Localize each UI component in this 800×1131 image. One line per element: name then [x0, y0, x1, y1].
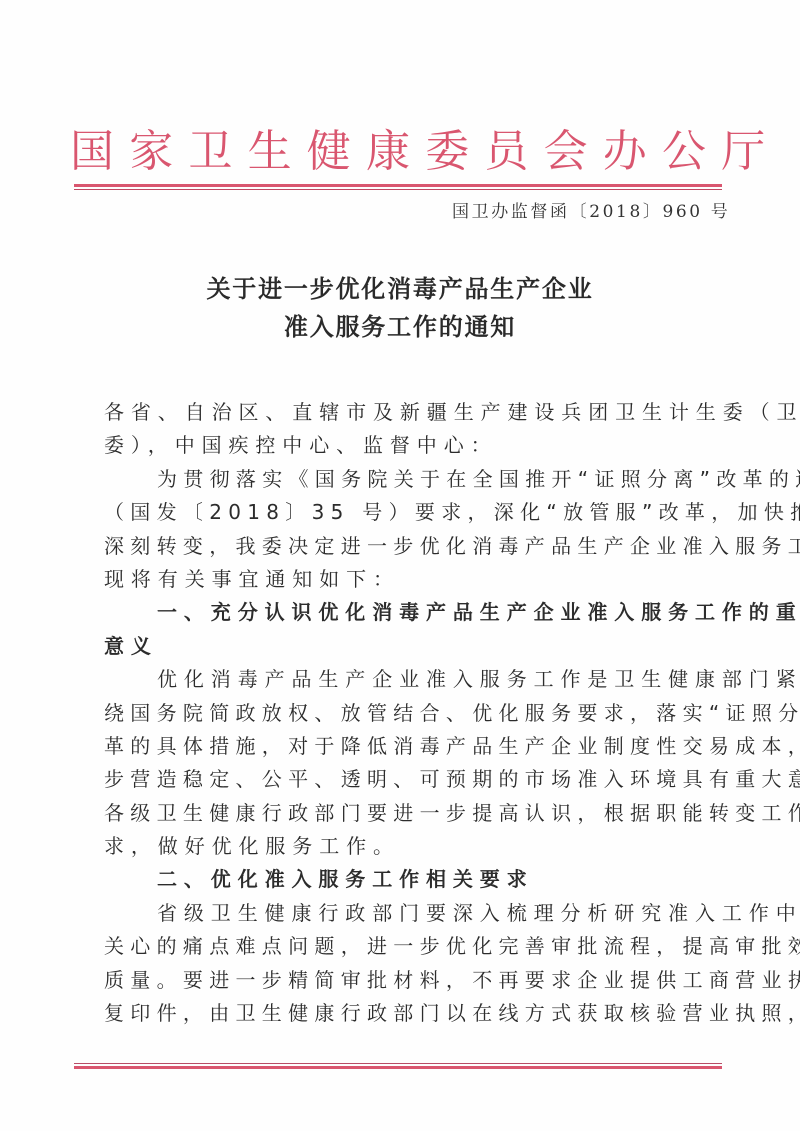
body-line: 求，做好优化服务工作。	[104, 830, 696, 863]
document-title-line-2: 准入服务工作的通知	[0, 312, 800, 342]
masthead-divider-thin	[74, 189, 722, 190]
body-line: 现将有关事宜通知如下：	[104, 563, 696, 596]
body-line: 各省、自治区、直辖市及新疆生产建设兵团卫生计生委（卫生健康	[104, 396, 696, 429]
body-line: 步营造稳定、公平、透明、可预期的市场准入环境具有重大意义。	[104, 763, 696, 796]
masthead-title: 国家卫生健康委员会办公厅	[70, 126, 730, 178]
body-line: 复印件，由卫生健康行政部门以在线方式获取核验营业执照，有条	[104, 997, 696, 1030]
body-line: 绕国务院简政放权、放管结合、优化服务要求，落实“证照分离”改	[104, 697, 696, 730]
document-title-line-1: 关于进一步优化消毒产品生产企业	[0, 274, 800, 304]
section-heading-2: 二、优化准入服务工作相关要求	[104, 863, 696, 896]
document-number: 国卫办监督函〔2018〕960 号	[452, 201, 712, 223]
document-body: 各省、自治区、直辖市及新疆生产建设兵团卫生计生委（卫生健康 委），中国疾控中心、…	[104, 396, 696, 1030]
body-line: 深刻转变，我委决定进一步优化消毒产品生产企业准入服务工作。	[104, 530, 696, 563]
section-heading-1: 一、充分认识优化消毒产品生产企业准入服务工作的重要	[104, 596, 696, 629]
document-page: 国家卫生健康委员会办公厅 国卫办监督函〔2018〕960 号 关于进一步优化消毒…	[0, 0, 800, 1131]
footer-divider-thin	[74, 1063, 722, 1064]
body-line: 为贯彻落实《国务院关于在全国推开“证照分离”改革的通知》	[104, 463, 696, 496]
body-line: 革的具体措施，对于降低消毒产品生产企业制度性交易成本，进一	[104, 730, 696, 763]
body-line: 省级卫生健康行政部门要深入梳理分析研究准入工作中企业	[104, 897, 696, 930]
body-line: 关心的痛点难点问题，进一步优化完善审批流程，提高审批效率和	[104, 930, 696, 963]
body-line: 优化消毒产品生产企业准入服务工作是卫生健康部门紧紧围	[104, 663, 696, 696]
section-heading-1-cont: 意义	[104, 630, 696, 663]
body-line: 质量。要进一步精简审批材料，不再要求企业提供工商营业执照	[104, 964, 696, 997]
masthead-divider-thick	[74, 184, 722, 187]
footer-divider-thick	[74, 1066, 722, 1069]
body-line: 委），中国疾控中心、监督中心：	[104, 429, 696, 462]
body-line: 各级卫生健康行政部门要进一步提高认识，根据职能转变工作要	[104, 797, 696, 830]
body-line: （国发〔2018〕35 号）要求，深化“放管服”改革，加快推进政府职能	[104, 496, 696, 529]
